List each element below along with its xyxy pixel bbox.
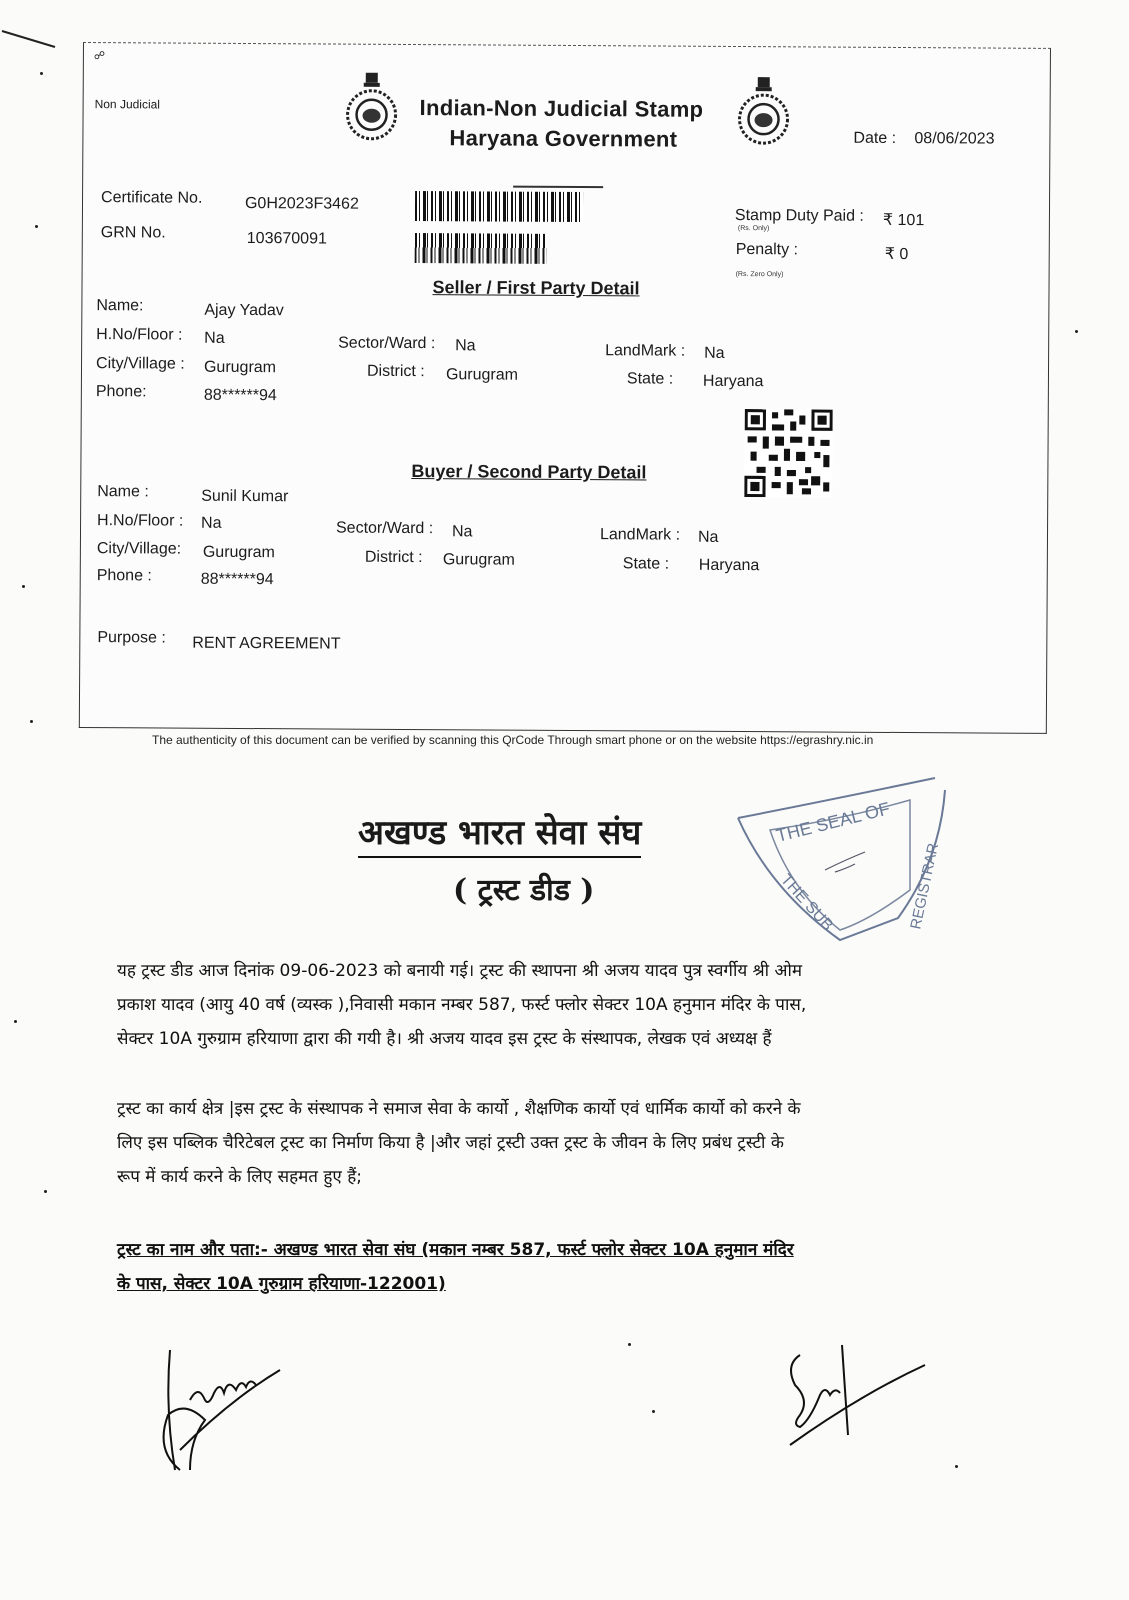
grn-label: GRN No. <box>101 224 166 242</box>
speck <box>35 225 38 228</box>
deed-p1-line: सेक्टर 10A गुरुग्राम हरियाणा द्वारा की ग… <box>117 1022 977 1056</box>
deed-subtitle: ( ट्रस्ट डीड ) <box>453 868 595 909</box>
buyer-heading: Buyer / Second Party Detail <box>411 461 646 483</box>
buyer-city: Gurugram <box>203 544 275 562</box>
penalty-label: Penalty : <box>736 241 798 259</box>
buyer-landmark: Na <box>698 529 719 547</box>
stamp-subtitle: Haryana Government <box>449 125 677 152</box>
stamp-duty-note: (Rs. Only) <box>738 225 770 232</box>
e-stamp-paper: ☍ Non Judicial Indian-Non Judicial Stamp… <box>79 42 1051 734</box>
seller-phone-label: Phone: <box>96 383 147 401</box>
buyer-name-label: Name : <box>97 483 149 501</box>
deed-paragraph-2: ट्रस्ट का कार्य क्षेत्र |इस ट्रस्ट के सं… <box>117 1092 977 1194</box>
speck <box>22 585 25 588</box>
speck <box>40 72 43 75</box>
speck <box>628 1343 631 1346</box>
purpose-value: RENT AGREEMENT <box>192 635 340 654</box>
qr-code-icon[interactable] <box>744 409 833 498</box>
stamp-title: Indian-Non Judicial Stamp <box>420 95 704 123</box>
trust-address-line1: अखण्ड भारत सेवा संघ (मकान नम्बर 587, फर्… <box>268 1240 794 1260</box>
deed-p2-line: रूप में कार्य करने के लिए सहमत हुए हैं; <box>117 1160 977 1194</box>
buyer-district: Gurugram <box>443 551 515 569</box>
buyer-state-label: State : <box>623 555 669 573</box>
speck <box>44 1190 47 1193</box>
seller-name: Ajay Yadav <box>204 302 284 320</box>
stamp-type-label: Non Judicial <box>95 97 160 111</box>
buyer-sector: Na <box>452 523 473 541</box>
speck <box>652 1410 655 1413</box>
seller-district-label: District : <box>367 363 425 381</box>
speck <box>14 1020 17 1023</box>
haryana-emblem-icon <box>341 71 401 145</box>
deed-p1-line: प्रकाश यादव (आयु 40 वर्ष (व्यस्क ),निवास… <box>117 988 977 1022</box>
buyer-name: Sunil Kumar <box>201 488 288 507</box>
seller-city-label: City/Village : <box>96 355 185 374</box>
speck <box>955 1465 958 1468</box>
grn-value: 103670091 <box>247 230 327 248</box>
pen-mark <box>0 25 60 55</box>
signature-sunil-kumar <box>780 1335 930 1455</box>
seller-house-label: H.No/Floor : <box>96 326 182 345</box>
penalty-value: ₹ 0 <box>885 244 909 264</box>
buyer-phone-label: Phone : <box>97 567 152 585</box>
seller-sector-label: Sector/Ward : <box>338 335 435 354</box>
buyer-phone: 88******94 <box>201 571 274 589</box>
buyer-city-label: City/Village: <box>97 540 181 559</box>
trust-address-label: ट्रस्ट का नाम और पता:- <box>117 1240 268 1260</box>
seal-text-top: THE SEAL OF <box>774 798 892 846</box>
speck <box>30 720 33 723</box>
signature-ajay-yadav <box>150 1340 320 1480</box>
seller-sector: Na <box>455 337 476 355</box>
seller-name-label: Name: <box>96 297 143 315</box>
buyer-state: Haryana <box>699 557 760 575</box>
deed-title: अखण्ड भारत सेवा संघ <box>358 808 641 858</box>
speck <box>1075 330 1078 333</box>
deed-p2-line: ट्रस्ट का कार्य क्षेत्र |इस ट्रस्ट के सं… <box>117 1092 977 1126</box>
seller-heading: Seller / First Party Detail <box>432 277 639 299</box>
deed-p2-line: लिए इस पब्लिक चैरिटेबल ट्रस्ट का निर्माण… <box>117 1126 977 1160</box>
seller-city: Gurugram <box>204 359 276 377</box>
barcode-icon <box>415 233 547 264</box>
date-label: Date : <box>853 130 896 148</box>
seller-landmark: Na <box>704 345 725 363</box>
seller-landmark-label: LandMark : <box>605 342 685 360</box>
verification-note: The authenticity of this document can be… <box>152 733 873 747</box>
deed-paragraph-1: यह ट्रस्ट डीड आज दिनांक 09-06-2023 को बन… <box>117 954 977 1056</box>
buyer-landmark-label: LandMark : <box>600 526 680 544</box>
barcode-icon <box>415 191 583 222</box>
certificate-value: G0H2023F3462 <box>245 195 359 214</box>
penalty-note: (Rs. Zero Only) <box>736 271 784 278</box>
seller-house: Na <box>204 330 225 348</box>
seller-state-label: State : <box>627 370 673 388</box>
seller-state: Haryana <box>703 373 764 391</box>
buyer-house: Na <box>201 515 222 533</box>
trust-address-line2: के पास, सेक्टर 10A गुरुग्राम हरियाणा-122… <box>117 1274 446 1294</box>
registrar-seal-stamp: THE SEAL OF THE SUB REGISTRAR <box>730 770 970 970</box>
date-value: 08/06/2023 <box>914 130 994 148</box>
barcode-rule <box>513 186 603 189</box>
haryana-emblem-icon <box>733 75 793 149</box>
corner-mark: ☍ <box>94 49 105 62</box>
trust-name-address: ट्रस्ट का नाम और पता:- अखण्ड भारत सेवा स… <box>117 1233 977 1301</box>
seller-district: Gurugram <box>446 366 518 384</box>
deed-p1-line: यह ट्रस्ट डीड आज दिनांक 09-06-2023 को बन… <box>117 954 977 988</box>
buyer-district-label: District : <box>365 549 423 567</box>
buyer-sector-label: Sector/Ward : <box>336 520 433 539</box>
stamp-duty-value: ₹ 101 <box>883 210 924 230</box>
seal-text-right: REGISTRAR <box>907 842 942 931</box>
purpose-label: Purpose : <box>97 629 166 647</box>
stamp-duty-label: Stamp Duty Paid : <box>735 207 864 226</box>
buyer-house-label: H.No/Floor : <box>97 512 183 531</box>
seller-phone: 88******94 <box>204 387 277 405</box>
certificate-label: Certificate No. <box>101 189 202 208</box>
seal-text-left: THE SUB <box>777 871 836 934</box>
